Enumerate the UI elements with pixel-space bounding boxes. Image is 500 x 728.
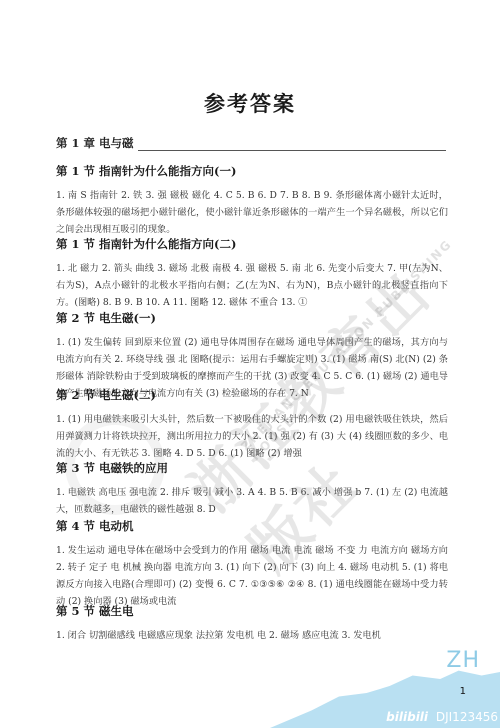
section-answers: 1. 发生运动 通电导体在磁场中会受到力的作用 磁场 电流 电流 磁场 不变 力…: [56, 542, 448, 610]
section-4: 第 4 节 电动机 1. 发生运动 通电导体在磁场中会受到力的作用 磁场 电流 …: [56, 518, 448, 610]
bilibili-watermark: bilibili DJI123456: [386, 710, 498, 724]
zh-label: ZH: [446, 648, 480, 673]
chapter-label: 第 1 章 电与磁: [56, 135, 134, 151]
section-1-2: 第 1 节 指南针为什么能指方向(二) 1. 北 磁力 2. 箭头 曲线 3. …: [56, 236, 448, 311]
section-5: 第 5 节 磁生电 1. 闭合 切割磁感线 电磁感应现象 法拉第 发电机 电 2…: [56, 603, 448, 644]
section-title: 第 2 节 电生磁(二): [56, 387, 448, 403]
chapter-heading: 第 1 章 电与磁: [56, 135, 446, 151]
section-answers: 1. 北 磁力 2. 箭头 曲线 3. 磁场 北极 南极 4. 强 磁极 5. …: [56, 260, 448, 311]
section-1-1: 第 1 节 指南针为什么能指方向(一) 1. 南 S 指南针 2. 铁 3. 强…: [56, 163, 448, 238]
section-answers: 1. 南 S 指南针 2. 铁 3. 强 磁极 磁化 4. C 5. B 6. …: [56, 187, 448, 238]
bilibili-id: DJI123456: [436, 710, 498, 724]
section-title: 第 2 节 电生磁(一): [56, 310, 448, 326]
section-title: 第 4 节 电动机: [56, 518, 448, 534]
section-title: 第 5 节 磁生电: [56, 603, 448, 619]
section-answers: 1. 闭合 切割磁感线 电磁感应现象 法拉第 发电机 电 2. 磁场 感应电流 …: [56, 627, 448, 644]
page-title: 参考答案: [0, 88, 500, 118]
section-title: 第 1 节 指南针为什么能指方向(二): [56, 236, 448, 252]
chapter-rule: [138, 140, 446, 151]
page-number: 1: [460, 686, 466, 697]
bilibili-logo-icon: bilibili: [386, 710, 428, 724]
watermark-circle-icon: [65, 415, 165, 515]
section-title: 第 1 节 指南针为什么能指方向(一): [56, 163, 448, 179]
